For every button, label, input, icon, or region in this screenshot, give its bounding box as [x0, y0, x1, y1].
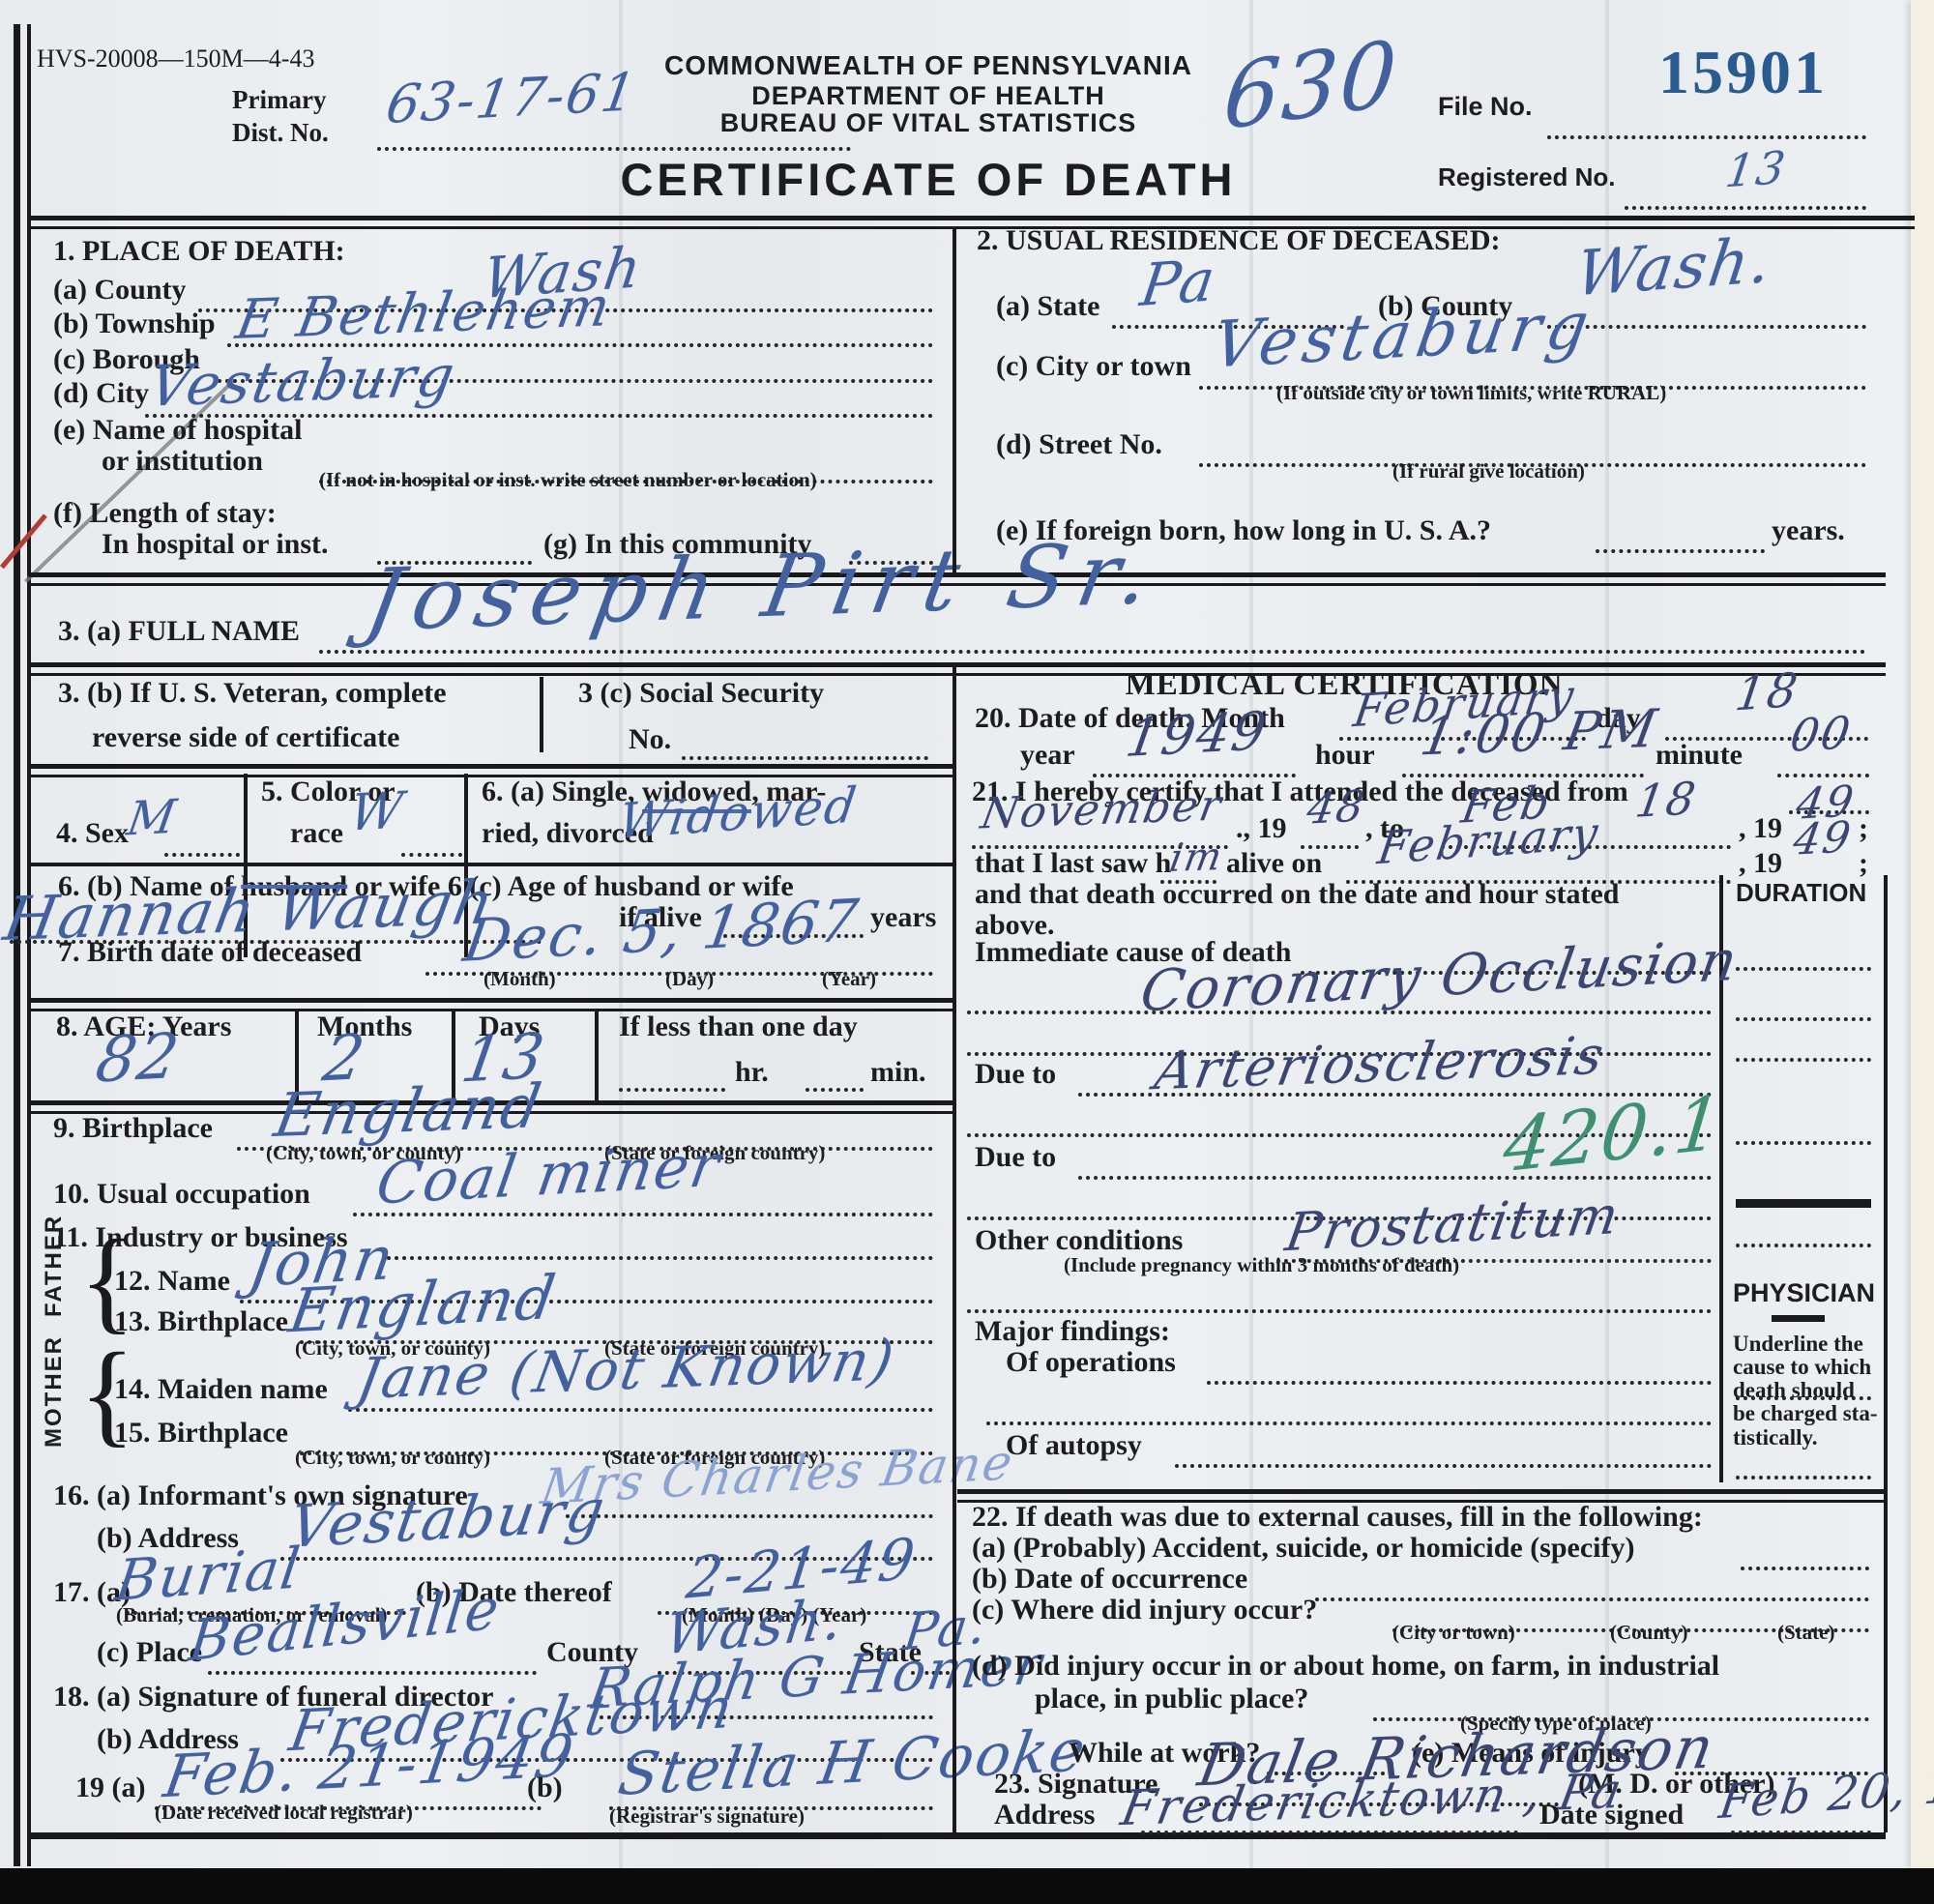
print-19b: , 19 [1739, 812, 1782, 845]
township-label: (b) Township [53, 308, 216, 340]
death-minute-label: minute [1656, 739, 1743, 772]
external-c-cap-city: (City or town) [1392, 1621, 1515, 1645]
other-conditions-caption: (Include pregnancy within 3 months of de… [1064, 1253, 1459, 1277]
print-19c: , 19 [1739, 847, 1782, 880]
dotted-line [1731, 1831, 1871, 1834]
mother-maiden-label: 14. Maiden name [114, 1373, 328, 1406]
registrar-date-caption: (Date received local registrar) [155, 1801, 413, 1825]
mother-side-label: MOTHER [41, 1327, 68, 1448]
duration-line [1736, 1476, 1871, 1479]
hospital-label-2: or institution [102, 445, 263, 478]
duration-line [1736, 1017, 1871, 1021]
due-to-value-1: Arteriosclerosis [1151, 1025, 1610, 1102]
duration-line [1736, 1244, 1871, 1247]
dotted-line [967, 1309, 1712, 1313]
dotted-line [319, 650, 1866, 654]
residence-title: 2. USUAL RESIDENCE OF DECEASED: [977, 224, 1501, 257]
hospital-label-1: (e) Name of hospital [53, 414, 302, 447]
death-hour-label: hour [1315, 739, 1375, 772]
registrar-sig-caption: (Registrar's signature) [609, 1804, 805, 1829]
registered-no-label: Registered No. [1438, 162, 1616, 192]
semicolon-1: ; [1859, 812, 1868, 845]
full-name-label: 3. (a) FULL NAME [58, 615, 300, 648]
dotted-line [1315, 1597, 1869, 1601]
physician-label: PHYSICIAN [1733, 1278, 1875, 1308]
dotted-line [1207, 1381, 1712, 1385]
dotted-line [401, 853, 462, 857]
file-no-value: 15901 [1658, 37, 1828, 108]
date-signed-label: Date signed [1539, 1799, 1684, 1831]
death-hour-value: 1:00 PM [1416, 698, 1662, 768]
city-value: Vestaburg [144, 342, 461, 419]
dotted-line [208, 1671, 537, 1675]
dist-no-label: Dist. No. [232, 118, 329, 148]
hr-label: hr. [735, 1056, 769, 1089]
dotted-line [619, 1088, 725, 1092]
physician-note: Underline the cause to which death shoul… [1733, 1333, 1880, 1450]
primary-label: Primary [232, 85, 326, 115]
single-pre: 6. (a) Single, [482, 776, 642, 808]
year-caption: (Year) [822, 967, 876, 991]
external-a-label: (a) (Probably) Accident, suicide, or hom… [972, 1532, 1635, 1565]
other-conditions-label: Other conditions [975, 1224, 1183, 1257]
external-c-cap-county: (County) [1610, 1621, 1688, 1645]
dotted-line [1596, 549, 1765, 553]
dotted-line [806, 1088, 864, 1092]
last-month-value: February [1374, 806, 1602, 875]
dotted-line [164, 853, 240, 857]
years-label: years [870, 901, 936, 934]
hospital-note: (If not in hospital or inst. write stree… [319, 468, 817, 492]
external-c-cap-state: (State) [1777, 1621, 1834, 1645]
father-birthplace-label: 13. Birthplace [114, 1305, 288, 1338]
father-side-label: FATHER [41, 1220, 68, 1317]
due-to-label-1: Due to [975, 1058, 1056, 1091]
last-saw-label: that I last saw h [975, 847, 1171, 880]
paper-fold [1249, 0, 1253, 1868]
header-rule [29, 216, 1915, 229]
semicolon-2: ; [1859, 847, 1868, 880]
dotted-line [967, 1011, 1712, 1014]
scanned-death-certificate: { "hdr": { "form_number": "HVS-20008—150… [0, 0, 1934, 1904]
res-state-label: (a) State [996, 290, 1099, 323]
res-county-value: Wash. [1571, 224, 1777, 310]
section-rule [29, 998, 952, 1011]
duration-line [1736, 1058, 1871, 1062]
of-autopsy-label: Of autopsy [1006, 1429, 1142, 1462]
death-year-label: year [1020, 739, 1075, 772]
bottom-rule [29, 1832, 1886, 1839]
red-mark [0, 513, 47, 569]
race-label: race [290, 817, 343, 850]
certificate-title: CERTIFICATE OF DEATH [522, 153, 1334, 206]
place-of-death-title: 1. PLACE OF DEATH: [53, 235, 345, 268]
file-no-label: File No. [1438, 92, 1533, 122]
death-year-value: 1949 [1122, 700, 1272, 769]
veteran-line-2: reverse side of certificate [92, 721, 399, 754]
city-label: (d) City [53, 377, 149, 410]
sex-value: M [124, 789, 182, 846]
dotted-line [566, 1514, 933, 1518]
registered-no-value: 13 [1722, 140, 1790, 197]
dotted-line [986, 1421, 1712, 1425]
from-yy-value: 48 [1304, 781, 1369, 835]
father-name-label: 12. Name [114, 1265, 230, 1298]
right-border [1884, 875, 1888, 1832]
physician-addr-label: Address [994, 1799, 1095, 1831]
to-day-value: 18 [1632, 772, 1701, 828]
day-caption: (Day) [665, 967, 714, 991]
column-divider [952, 662, 956, 1832]
res-foreign-unit: years. [1772, 514, 1845, 547]
dotted-line [1547, 135, 1866, 139]
ssn-label: 3 (c) Social Security [578, 677, 824, 710]
other-conditions-value: Prostatitum [1281, 1185, 1625, 1264]
form-number: HVS-20008—150M—4-43 [37, 44, 314, 73]
medical-title: MEDICAL CERTIFICATION [967, 667, 1721, 703]
dotted-line [1741, 1567, 1869, 1570]
occupation-label: 10. Usual occupation [53, 1178, 310, 1211]
res-city-value: Vestaburg [1208, 287, 1599, 382]
stamp-number: 630 [1220, 20, 1401, 150]
external-c-label: (c) Where did injury occur? [972, 1594, 1317, 1626]
res-state-value: Pa [1136, 247, 1220, 320]
res-city-label: (c) City or town [996, 350, 1191, 383]
month-caption: (Month) [483, 967, 556, 991]
column-divider [952, 227, 956, 572]
occurred-line-1: and that death occurred on the date and … [975, 878, 1619, 911]
veteran-line-1: 3. (b) If U. S. Veteran, complete [58, 677, 447, 710]
dotted-line [1175, 1464, 1712, 1468]
bureau-line: BUREAU OF VITAL STATISTICS [542, 108, 1315, 138]
stay-label: (f) Length of stay: [53, 497, 277, 530]
date-signed-value: Feb 20, 1949 [1715, 1752, 1934, 1831]
dotted-line [1625, 206, 1866, 210]
certificate-paper: HVS-20008—150M—4-43 Primary Dist. No. 63… [0, 0, 1934, 1868]
him-value: im [1166, 835, 1227, 881]
death-minute-value: 00 [1787, 706, 1856, 762]
major-findings-label: Major findings: [975, 1315, 1170, 1348]
dotted-line [377, 147, 851, 151]
external-b-label: (b) Date of occurrence [972, 1563, 1247, 1596]
duration-label: DURATION [1736, 878, 1866, 908]
external-d-label-1: (d) Did injury occur in or about home, o… [972, 1650, 1719, 1683]
registrar-num-label: 19 (a) [75, 1772, 145, 1804]
attended-from-value: November [978, 780, 1227, 838]
dotted-line [682, 756, 928, 760]
divider [595, 1011, 599, 1102]
of-operations-label: Of operations [1006, 1346, 1176, 1379]
less-than-day-label: If less than one day [619, 1011, 858, 1043]
alive-on-label: alive on [1226, 847, 1322, 880]
duration-bar [1736, 1199, 1871, 1208]
commonwealth-line: COMMONWEALTH OF PENNSYLVANIA [542, 50, 1315, 81]
physician-rule [1772, 1315, 1825, 1322]
birth-date-label: 7. Birth date of deceased [58, 936, 362, 969]
duration-line [1736, 967, 1871, 971]
race-value: W [345, 781, 408, 842]
print-19a: ., 19 [1236, 812, 1287, 845]
registrar-b-label: (b) [527, 1772, 563, 1804]
stay-hospital-label: In hospital or inst. [102, 528, 329, 561]
birthplace-value: England [270, 1070, 548, 1151]
min-label: min. [870, 1056, 926, 1089]
res-city-note: (If outside city or town limits, write R… [1276, 381, 1666, 405]
external-d-label-2: place, in public place? [1035, 1683, 1308, 1715]
father-birthplace-value: England [284, 1261, 562, 1346]
age-years-value: 82 [91, 1020, 185, 1097]
sex-label: 4. Sex [56, 817, 129, 850]
paper-edge [1911, 0, 1934, 1868]
res-street-label: (d) Street No. [996, 428, 1162, 461]
death-day-value: 18 [1732, 662, 1802, 721]
divider [540, 677, 543, 752]
res-street-note: (If rural give location) [1392, 459, 1585, 483]
county-label: (a) County [53, 274, 187, 307]
dotted-line [1547, 325, 1866, 329]
duration-line [1736, 1141, 1871, 1145]
mother-birthplace-label: 15. Birthplace [114, 1417, 288, 1450]
birthplace-label: 9. Birthplace [53, 1112, 213, 1145]
due-to-label-2: Due to [975, 1141, 1056, 1174]
mother-cap1: (City, town, or county) [295, 1446, 490, 1470]
dotted-line [387, 1256, 933, 1260]
res-foreign-label: (e) If foreign born, how long in U. S. A… [996, 514, 1491, 547]
department-line: DEPARTMENT OF HEALTH [542, 81, 1315, 111]
ssn-no-label: No. [629, 723, 671, 756]
township-value: E Bethlehem [231, 276, 616, 352]
last-yy-value: 49 [1790, 812, 1856, 865]
external-title: 22. If death was due to external causes,… [972, 1501, 1703, 1534]
